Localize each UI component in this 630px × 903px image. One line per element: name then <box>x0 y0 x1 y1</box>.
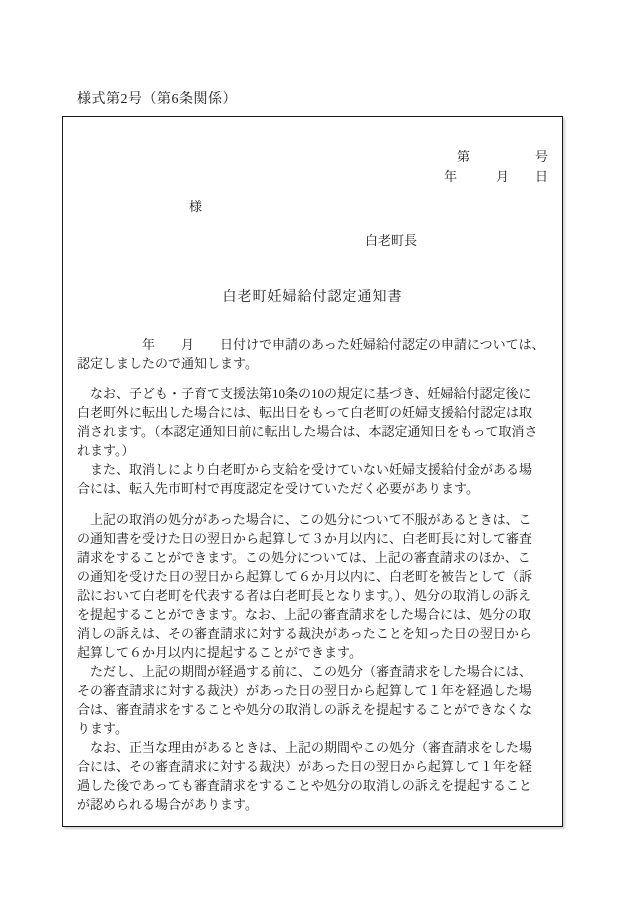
document-number-line: 第 号 <box>77 147 548 167</box>
notice-border-box: 第 号 年 月 日 様 白老町長 白老町妊婦給付認定通知書 年 月 日付けで申請… <box>62 116 563 827</box>
issuer-name: 白老町長 <box>365 231 548 251</box>
document-number-block: 第 号 年 月 日 <box>77 147 548 187</box>
addressee-honorific: 様 <box>189 197 548 217</box>
document-title: 白老町妊婦給付認定通知書 <box>77 287 548 308</box>
appeal-instructions-paragraph: 上記の取消の処分があった場合に、この処分について不服があるときは、こ の通知書を… <box>77 510 548 814</box>
transfer-cancellation-paragraph: なお、子ども・子育て支援法第10条の10の規定に基づき、妊婦給付認定後に 白老町… <box>77 384 548 498</box>
document-date-line: 年 月 日 <box>77 167 548 187</box>
certification-paragraph: 年 月 日付けで申請のあった妊婦給付認定の申請については、 認定しましたので通知… <box>77 335 548 373</box>
document-page: { "form": { "label": "様式第2号（第6条関係）" }, "… <box>0 0 630 903</box>
form-number-label: 様式第2号（第6条関係） <box>77 88 237 108</box>
